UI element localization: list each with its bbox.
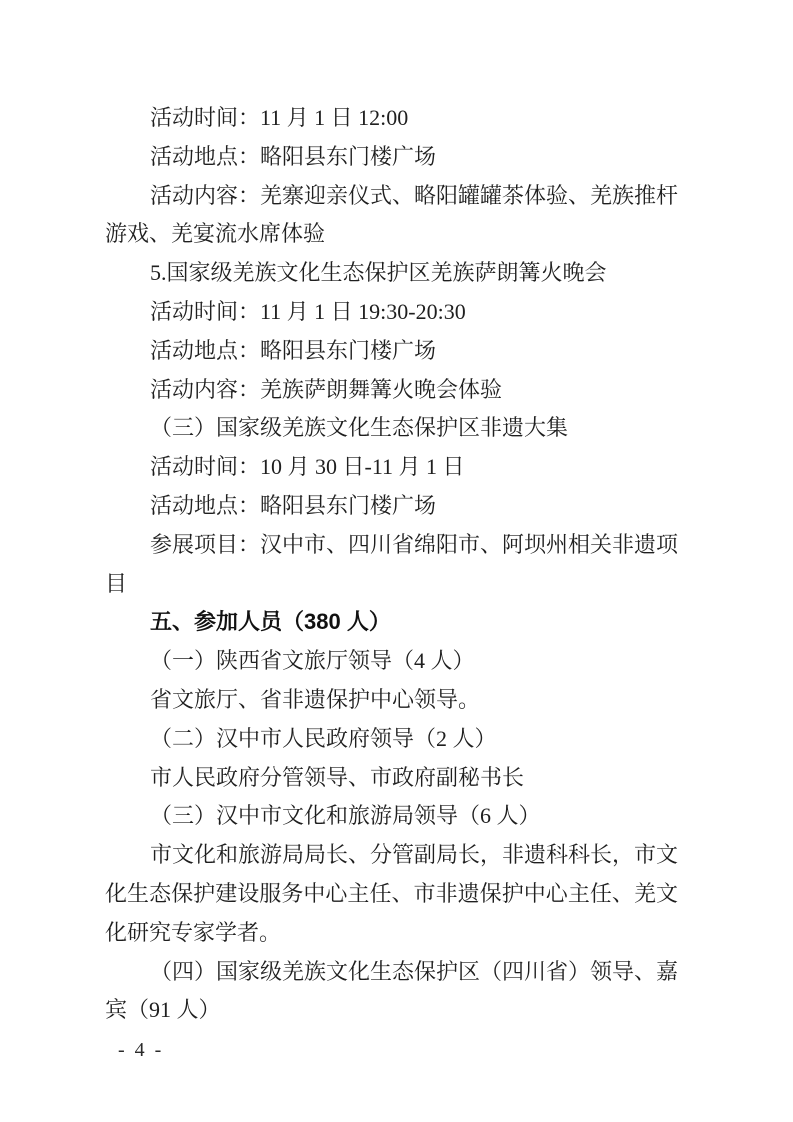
event-5-title-line: 5.国家级羌族文化生态保护区羌族萨朗篝火晚会	[105, 254, 678, 293]
activity-time-line: 活动时间：10 月 30 日-11 月 1 日	[105, 448, 678, 487]
section-heading-participants: 五、参加人员（380 人）	[105, 603, 678, 642]
exhibit-items-continuation: 目	[105, 565, 678, 604]
document-body: 活动时间：11 月 1 日 12:00 活动地点：略阳县东门楼广场 活动内容：羌…	[105, 99, 678, 1030]
exhibit-items-line: 参展项目：汉中市、四川省绵阳市、阿坝州相关非遗项	[105, 526, 678, 565]
participants-group-2-title: （二）汉中市人民政府领导（2 人）	[105, 720, 678, 759]
activity-time-line: 活动时间：11 月 1 日 12:00	[105, 99, 678, 138]
participants-group-1-title: （一）陕西省文旅厅领导（4 人）	[105, 642, 678, 681]
participants-group-3-title: （三）汉中市文化和旅游局领导（6 人）	[105, 797, 678, 836]
activity-time-line: 活动时间：11 月 1 日 19:30-20:30	[105, 293, 678, 332]
participants-group-3-detail-continuation: 化生态保护建设服务中心主任、市非遗保护中心主任、羌文	[105, 875, 678, 914]
document-page: 活动时间：11 月 1 日 12:00 活动地点：略阳县东门楼广场 活动内容：羌…	[0, 0, 793, 1122]
activity-location-line: 活动地点：略阳县东门楼广场	[105, 487, 678, 526]
participants-group-3-detail-continuation: 化研究专家学者。	[105, 914, 678, 953]
participants-group-1-detail: 省文旅厅、省非遗保护中心领导。	[105, 681, 678, 720]
activity-content-line: 活动内容：羌寨迎亲仪式、略阳罐罐茶体验、羌族推杆	[105, 177, 678, 216]
activity-content-continuation: 游戏、羌宴流水席体验	[105, 215, 678, 254]
subsection-3-title-line: （三）国家级羌族文化生态保护区非遗大集	[105, 409, 678, 448]
activity-location-line: 活动地点：略阳县东门楼广场	[105, 332, 678, 371]
activity-location-line: 活动地点：略阳县东门楼广场	[105, 138, 678, 177]
page-number: - 4 -	[118, 1036, 164, 1064]
participants-group-4-continuation: 宾（91 人）	[105, 991, 678, 1030]
participants-group-2-detail: 市人民政府分管领导、市政府副秘书长	[105, 759, 678, 798]
participants-group-4-title: （四）国家级羌族文化生态保护区（四川省）领导、嘉	[105, 953, 678, 992]
activity-content-line: 活动内容：羌族萨朗舞篝火晚会体验	[105, 371, 678, 410]
participants-group-3-detail: 市文化和旅游局局长、分管副局长，非遗科科长，市文	[105, 836, 678, 875]
